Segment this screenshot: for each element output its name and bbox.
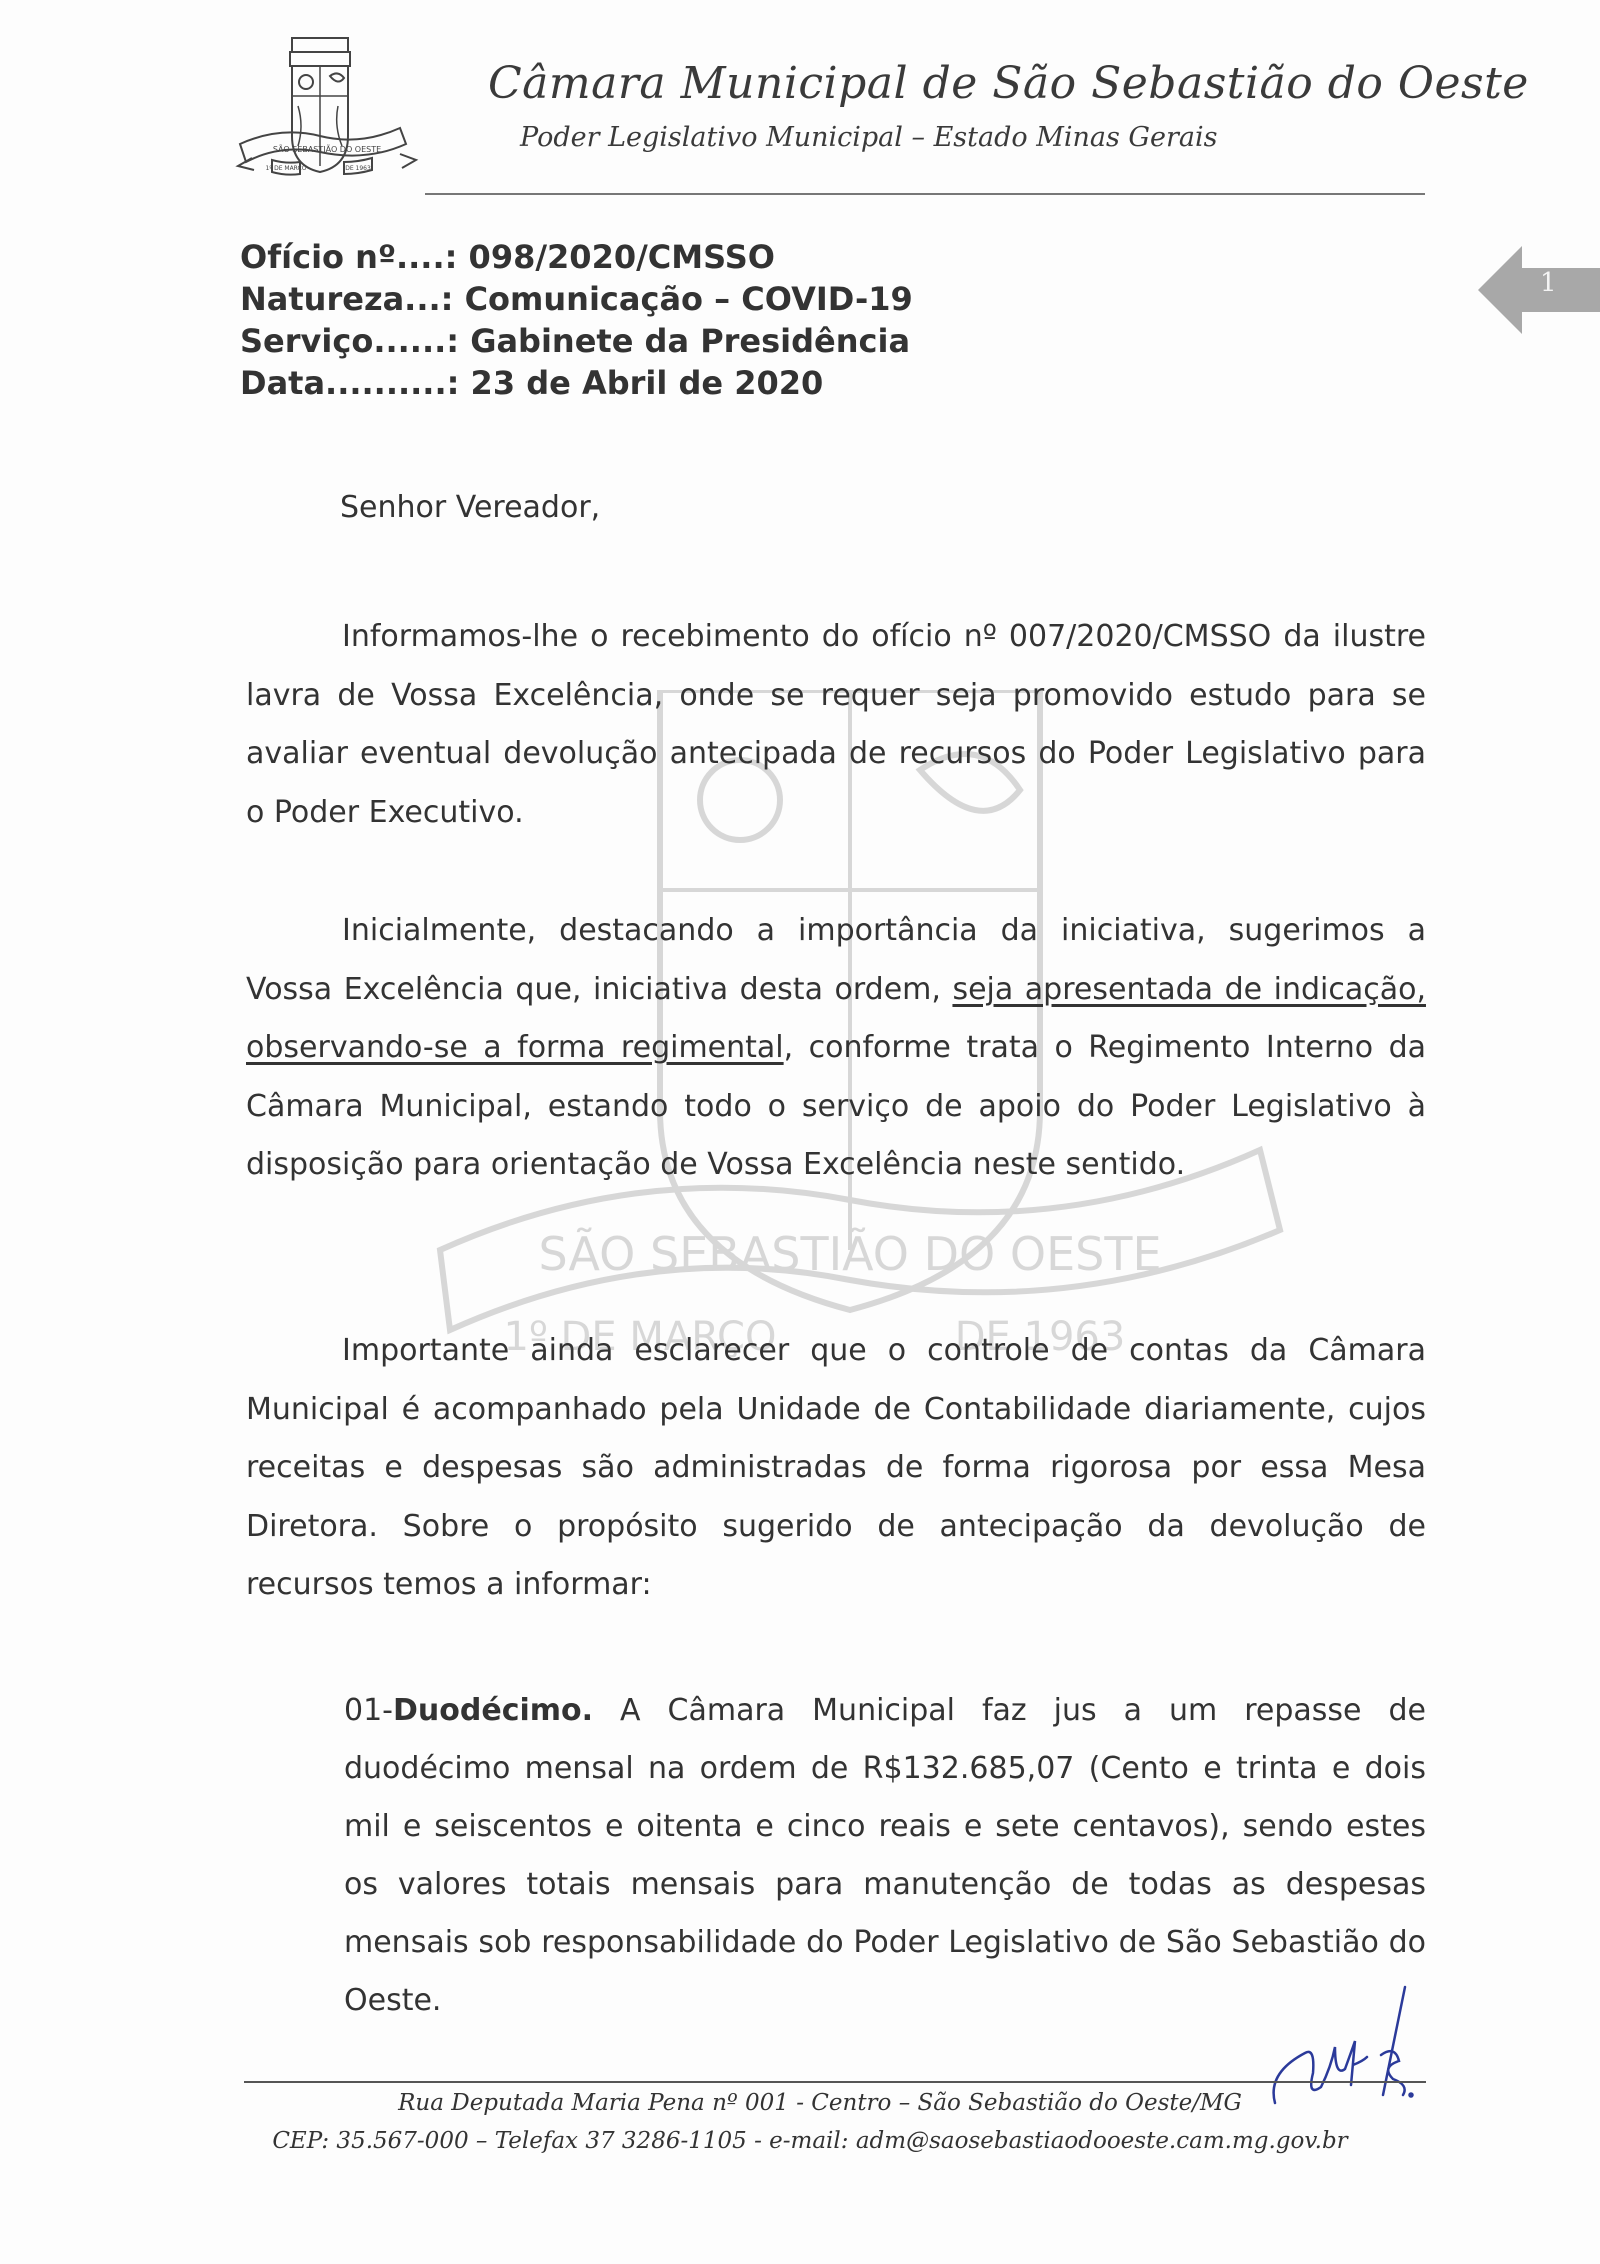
svg-text:1º DE MARÇO: 1º DE MARÇO [266,165,307,172]
coat-of-arms-icon: SÃO SEBASTIÃO DO OESTE 1º DE MARÇO DE 19… [232,36,422,191]
meta-natureza: Natureza...: Comunicação – COVID-19 [240,278,913,320]
meta-oficio: Ofício nº....: 098/2020/CMSSO [240,236,913,278]
document-page: SÃO SEBASTIÃO DO OESTE 1º DE MARÇO DE 19… [0,0,1600,2264]
footer-contact: CEP: 35.567-000 – Telefax 37 3286-1105 -… [0,2128,1600,2154]
meta-data: Data..........: 23 de Abril de 2020 [240,362,913,404]
svg-text:SÃO SEBASTIÃO DO OESTE: SÃO SEBASTIÃO DO OESTE [538,1227,1161,1281]
page-number: 1 [1540,268,1557,298]
paragraph-suggestion: Inicialmente, destacando a importância d… [246,902,1426,1195]
paragraph-receipt: Informamos-lhe o recebimento do ofício n… [246,608,1426,842]
item-duodecimo: 01-Duodécimo. A Câmara Municipal faz jus… [344,1682,1426,2030]
svg-text:DE 1963: DE 1963 [345,165,371,172]
paragraph-accounts-control: Importante ainda esclarecer que o contro… [246,1322,1426,1615]
footer-divider [244,2081,1426,2083]
meta-servico: Serviço......: Gabinete da Presidência [240,320,913,362]
arrow-left-icon [1478,246,1600,334]
institution-name: Câmara Municipal de São Sebastião do Oes… [488,58,1529,109]
svg-text:SÃO SEBASTIÃO DO OESTE: SÃO SEBASTIÃO DO OESTE [273,144,381,154]
footer-address: Rua Deputada Maria Pena nº 001 - Centro … [0,2090,1600,2116]
header-divider [425,193,1425,195]
institution-subtitle: Poder Legislativo Municipal – Estado Min… [520,122,1217,153]
salutation: Senhor Vereador, [340,490,600,525]
document-metadata: Ofício nº....: 098/2020/CMSSO Natureza..… [240,236,913,404]
